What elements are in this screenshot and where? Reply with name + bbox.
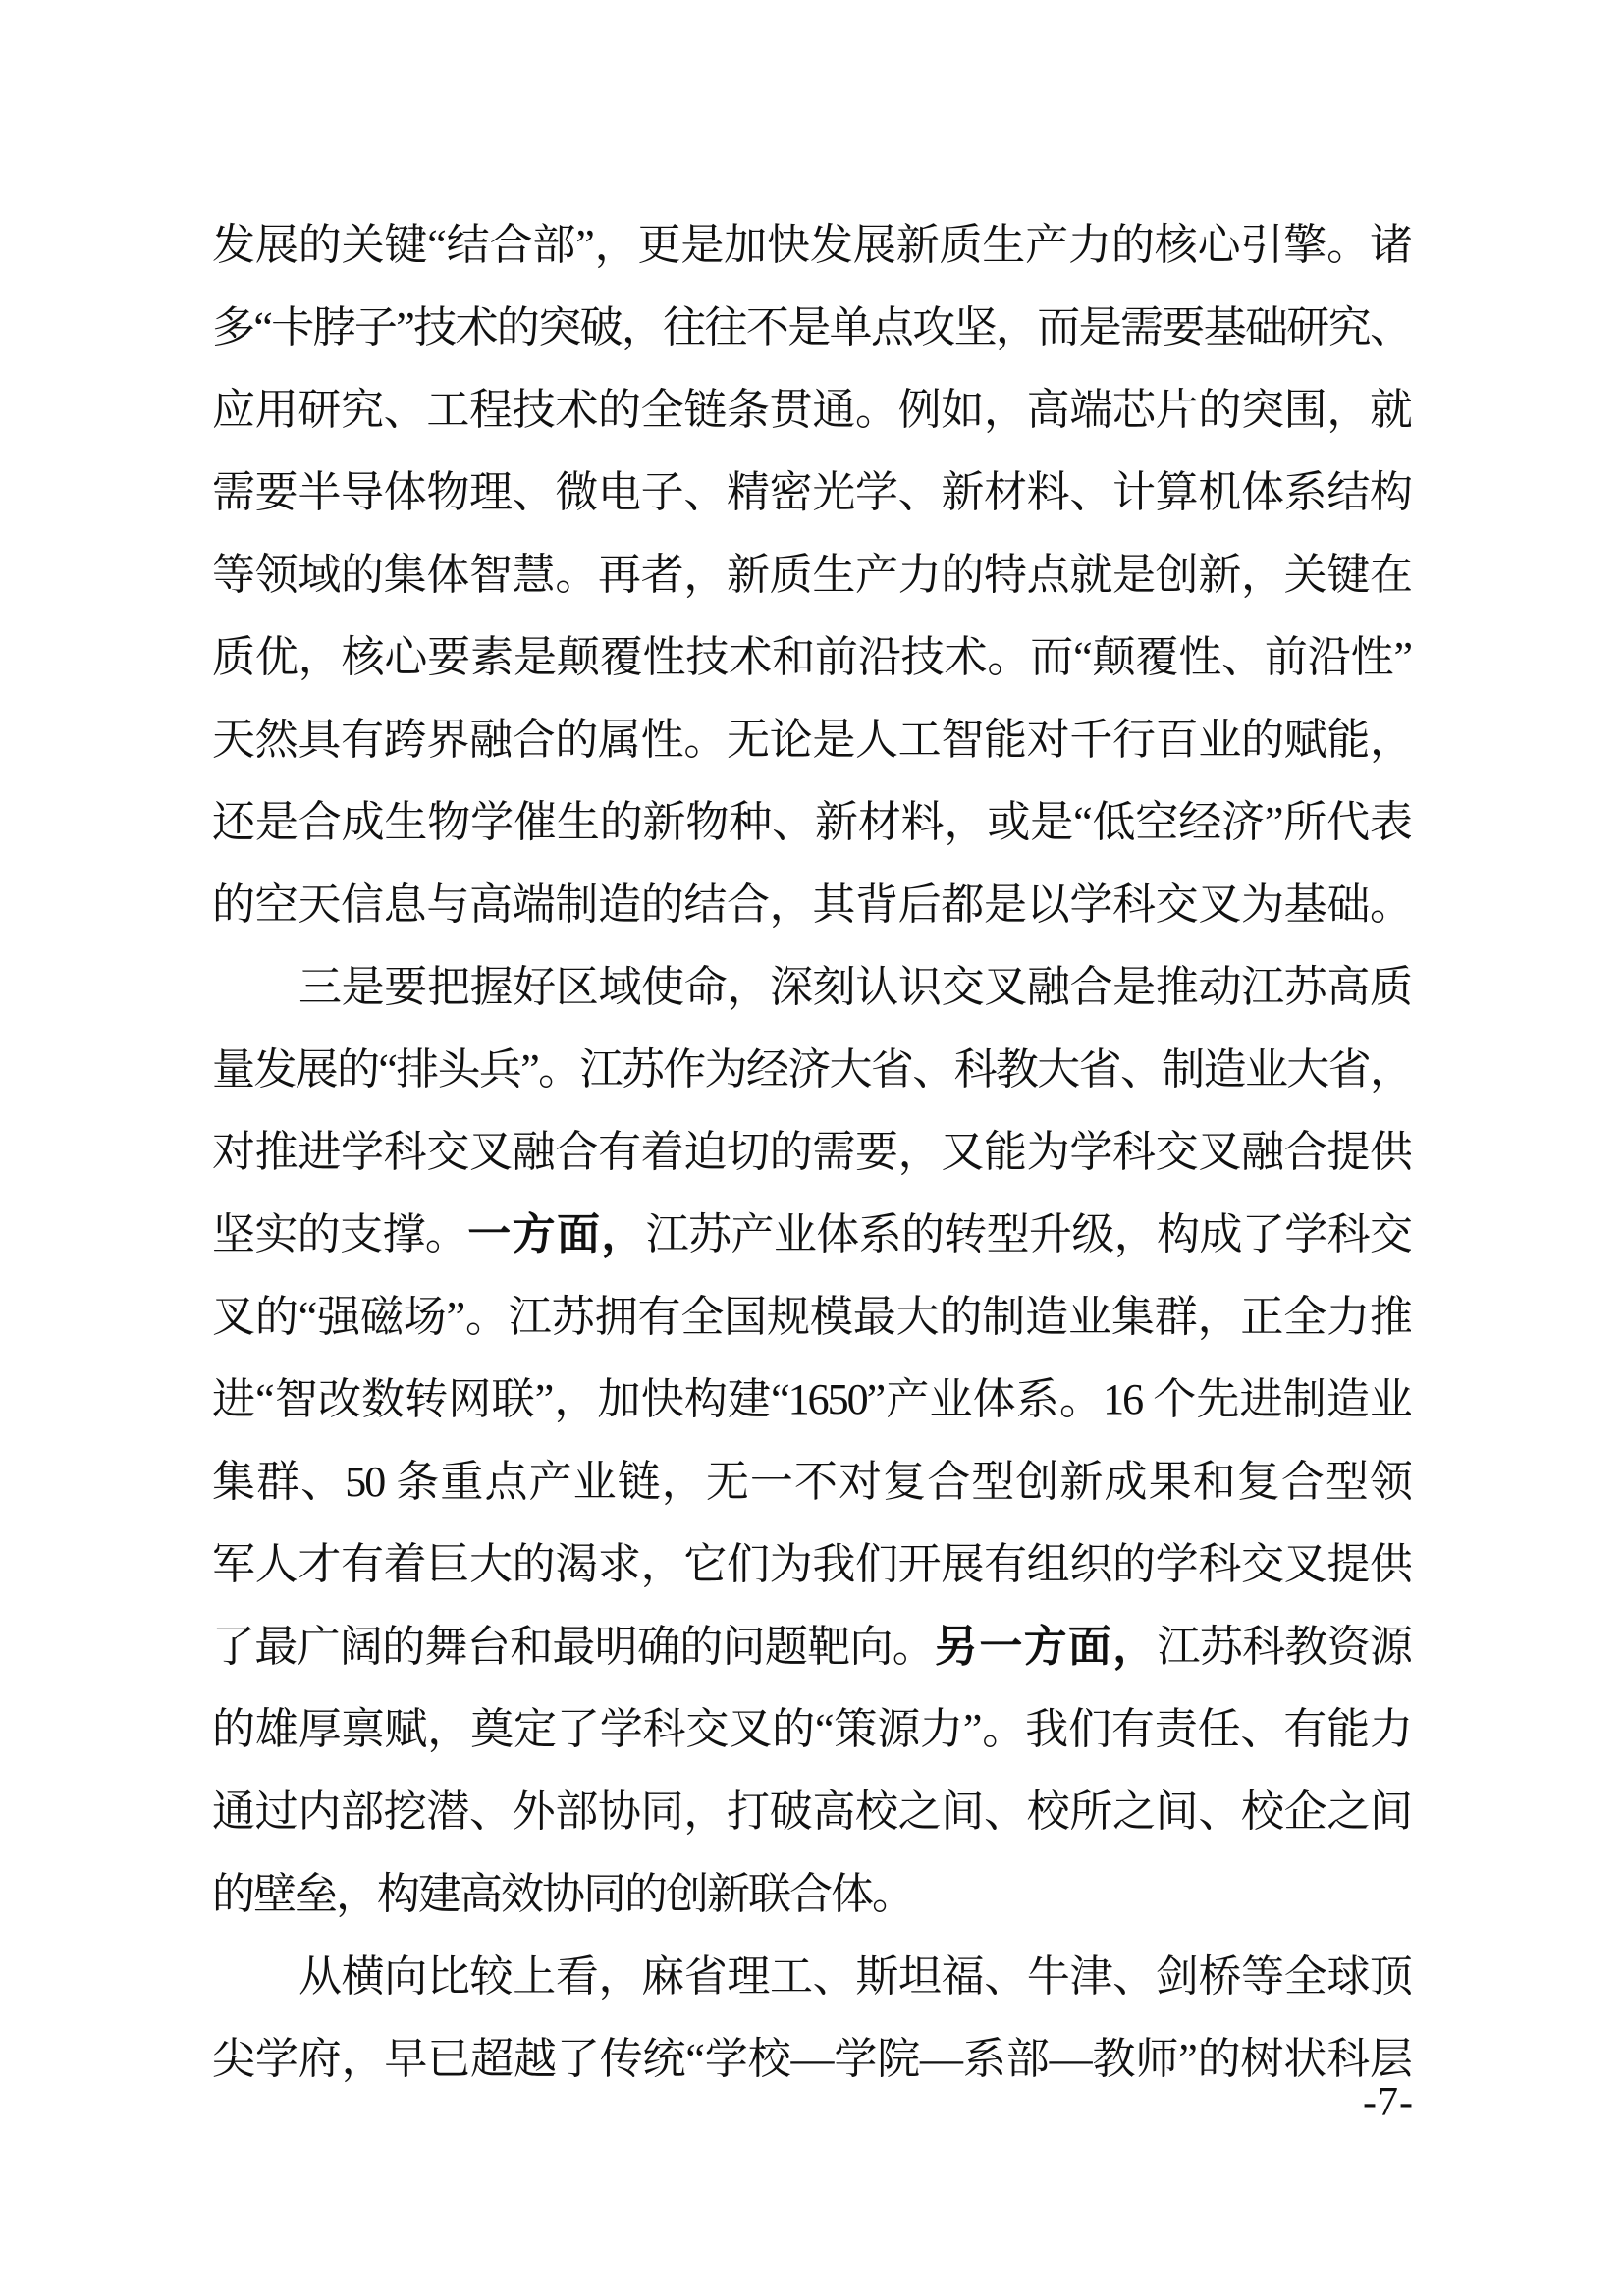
page-number: -7- <box>1194 2079 1414 2126</box>
document-page: 发展的关键“结合部”，更是加快发展新质生产力的核心引擎。诸 多“卡脖子”技术的突… <box>0 0 1624 2296</box>
bold-text-segment: 一方面， <box>467 1210 645 1258</box>
text-line: 集群、50 条重点产业链，无一不对复合型创新成果和复合型领 <box>212 1441 1411 1523</box>
text-segment: 江苏产业体系的转型升级，构成了学科交 <box>646 1210 1411 1258</box>
paragraph-start-line: 三是要把握好区域使命，深刻认识交叉融合是推动江苏高质 <box>212 946 1411 1029</box>
text-line: 等领域的集体智慧。再者，新质生产力的特点就是创新，关键在 <box>212 534 1411 616</box>
text-line: 还是合成生物学催生的新物种、新材料，或是“低空经济”所代表 <box>212 781 1411 864</box>
text-line: 了最广阔的舞台和最明确的问题靶向。另一方面，江苏科教资源 <box>212 1606 1411 1688</box>
body-text: 发展的关键“结合部”，更是加快发展新质生产力的核心引擎。诸 多“卡脖子”技术的突… <box>212 204 1411 2101</box>
text-line: 应用研究、工程技术的全链条贯通。例如，高端芯片的突围，就 <box>212 369 1411 452</box>
text-line: 量发展的“排头兵”。江苏作为经济大省、科教大省、制造业大省， <box>212 1029 1411 1111</box>
text-line: 坚实的支撑。一方面，江苏产业体系的转型升级，构成了学科交 <box>212 1194 1411 1276</box>
text-segment: 坚实的支撑。 <box>212 1210 467 1258</box>
text-segment: 江苏科教资源 <box>1158 1623 1411 1671</box>
text-line: 发展的关键“结合部”，更是加快发展新质生产力的核心引擎。诸 <box>212 204 1411 287</box>
text-line: 天然具有跨界融合的属性。无论是人工智能对千行百业的赋能， <box>212 699 1411 781</box>
text-line: 军人才有着巨大的渴求，它们为我们开展有组织的学科交叉提供 <box>212 1523 1411 1606</box>
text-segment: 了最广阔的舞台和最明确的问题靶向。 <box>212 1623 935 1671</box>
text-line: 多“卡脖子”技术的突破，往往不是单点攻坚，而是需要基础研究、 <box>212 287 1411 369</box>
bold-text-segment: 另一方面， <box>935 1623 1157 1671</box>
paragraph-end-line: 的壁垒，构建高效协同的创新联合体。 <box>212 1853 1411 1936</box>
text-line: 的空天信息与高端制造的结合，其背后都是以学科交叉为基础。 <box>212 864 1411 946</box>
text-line: 通过内部挖潜、外部协同，打破高校之间、校所之间、校企之间 <box>212 1771 1411 1853</box>
paragraph-start-line: 从横向比较上看，麻省理工、斯坦福、牛津、剑桥等全球顶 <box>212 1936 1411 2018</box>
text-line: 质优，核心要素是颠覆性技术和前沿技术。而“颠覆性、前沿性” <box>212 616 1411 699</box>
text-line: 叉的“强磁场”。江苏拥有全国规模最大的制造业集群，正全力推 <box>212 1276 1411 1359</box>
text-line: 需要半导体物理、微电子、精密光学、新材料、计算机体系结构 <box>212 452 1411 534</box>
text-line: 的雄厚禀赋，奠定了学科交叉的“策源力”。我们有责任、有能力 <box>212 1688 1411 1771</box>
text-line: 进“智改数转网联”，加快构建“1650”产业体系。16 个先进制造业 <box>212 1359 1411 1441</box>
text-line: 对推进学科交叉融合有着迫切的需要，又能为学科交叉融合提供 <box>212 1111 1411 1194</box>
